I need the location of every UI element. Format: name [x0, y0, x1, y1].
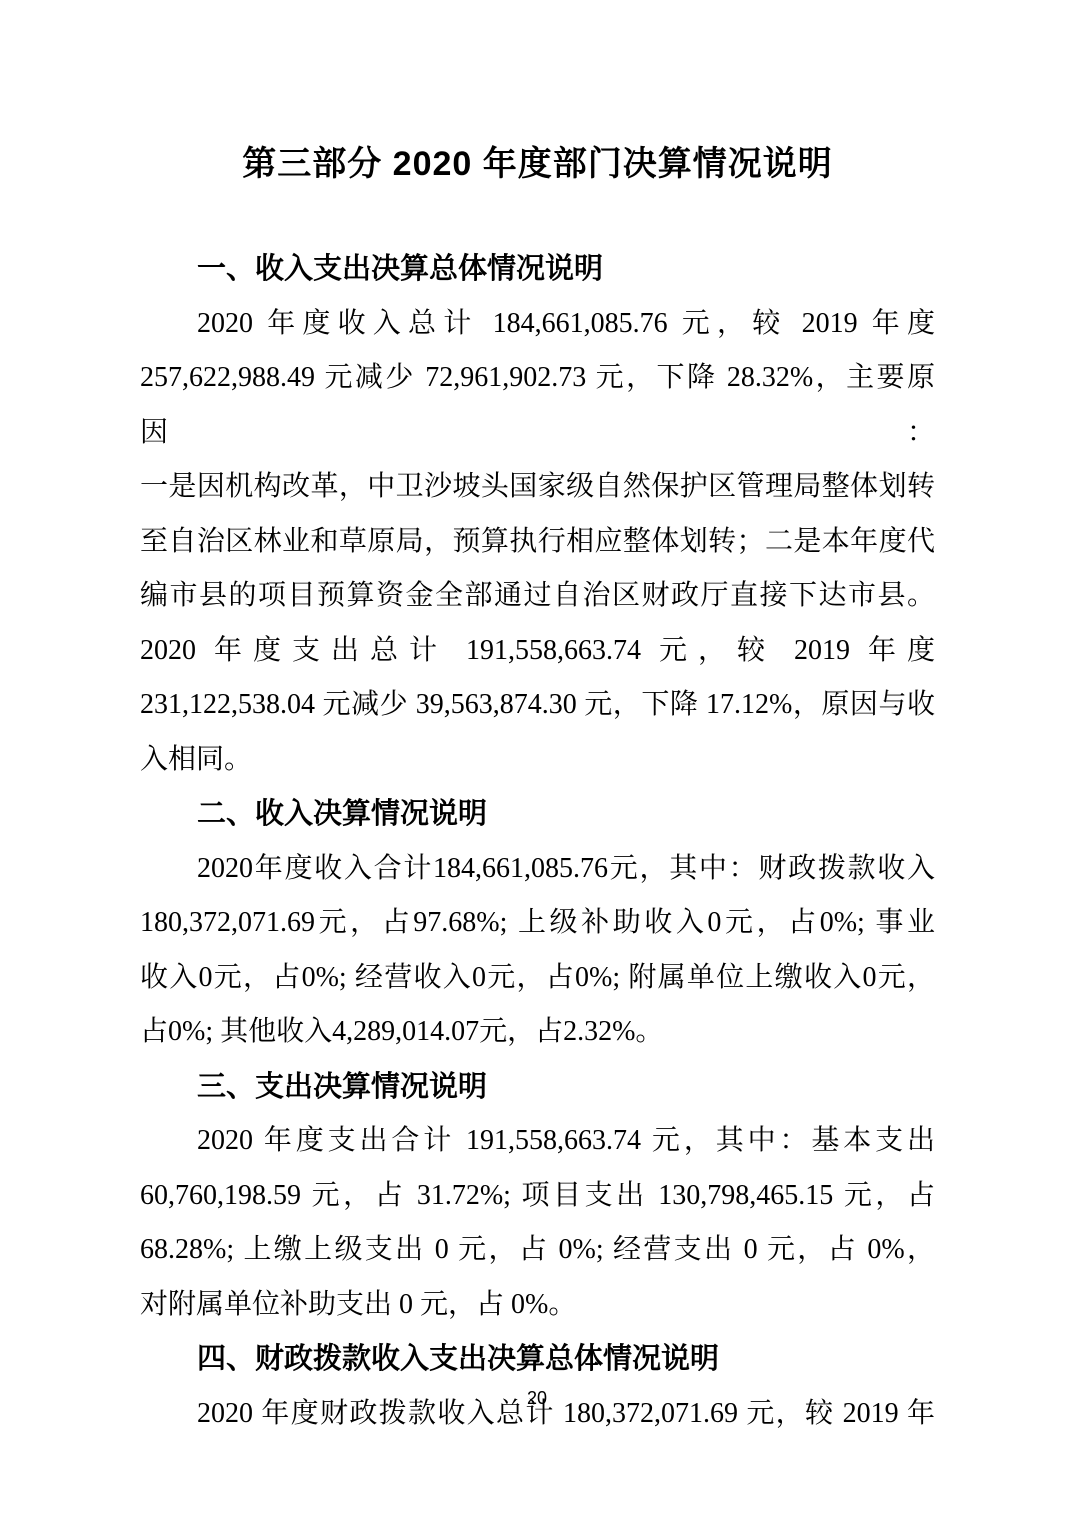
- paragraph-line: 至自治区林业和草原局，预算执行相应整体划转；二是本年度代: [140, 515, 935, 570]
- paragraph-line: 2020 年度支出总计 191,558,663.74 元，较 2019 年度: [140, 624, 935, 679]
- page-number: 20: [0, 1387, 1074, 1409]
- paragraph-line: 对附属单位补助支出 0 元，占 0%。: [140, 1278, 935, 1333]
- section-heading-2: 二、收入决算情况说明: [140, 787, 935, 842]
- section-heading-3: 三、支出决算情况说明: [140, 1060, 935, 1115]
- paragraph-line: 60,760,198.59 元，占 31.72%; 项目支出 130,798,4…: [140, 1169, 935, 1224]
- section-heading-1: 一、收入支出决算总体情况说明: [140, 242, 935, 297]
- paragraph-line: 231,122,538.04 元减少 39,563,874.30 元，下降 17…: [140, 678, 935, 733]
- paragraph-line: 入相同。: [140, 733, 935, 788]
- paragraph-line: 收入0元，占0%; 经营收入0元，占0%; 附属单位上缴收入0元，: [140, 951, 935, 1006]
- paragraph-line: 2020年度收入合计184,661,085.76元，其中：财政拨款收入: [140, 842, 935, 897]
- paragraph-line: 68.28%; 上缴上级支出 0 元，占 0%; 经营支出 0 元，占 0%，: [140, 1223, 935, 1278]
- paragraph-line: 180,372,071.69元，占97.68%; 上级补助收入0元，占0%; 事…: [140, 896, 935, 951]
- paragraph-line: 257,622,988.49 元减少 72,961,902.73 元，下降 28…: [140, 351, 935, 460]
- paragraph-line: 一是因机构改革，中卫沙坡头国家级自然保护区管理局整体划转: [140, 460, 935, 515]
- document-title: 第三部分 2020 年度部门决算情况说明: [140, 137, 935, 192]
- paragraph-line: 2020 年度支出合计 191,558,663.74 元，其中：基本支出: [140, 1114, 935, 1169]
- section-heading-4: 四、财政拨款收入支出决算总体情况说明: [140, 1332, 935, 1387]
- document-page: 第三部分 2020 年度部门决算情况说明 一、收入支出决算总体情况说明 2020…: [0, 0, 1074, 1520]
- paragraph-line: 占0%; 其他收入4,289,014.07元，占2.32%。: [140, 1005, 935, 1060]
- paragraph-line: 编市县的项目预算资金全部通过自治区财政厅直接下达市县。: [140, 569, 935, 624]
- paragraph-line: 2020 年度收入总计 184,661,085.76 元，较 2019 年度: [140, 297, 935, 352]
